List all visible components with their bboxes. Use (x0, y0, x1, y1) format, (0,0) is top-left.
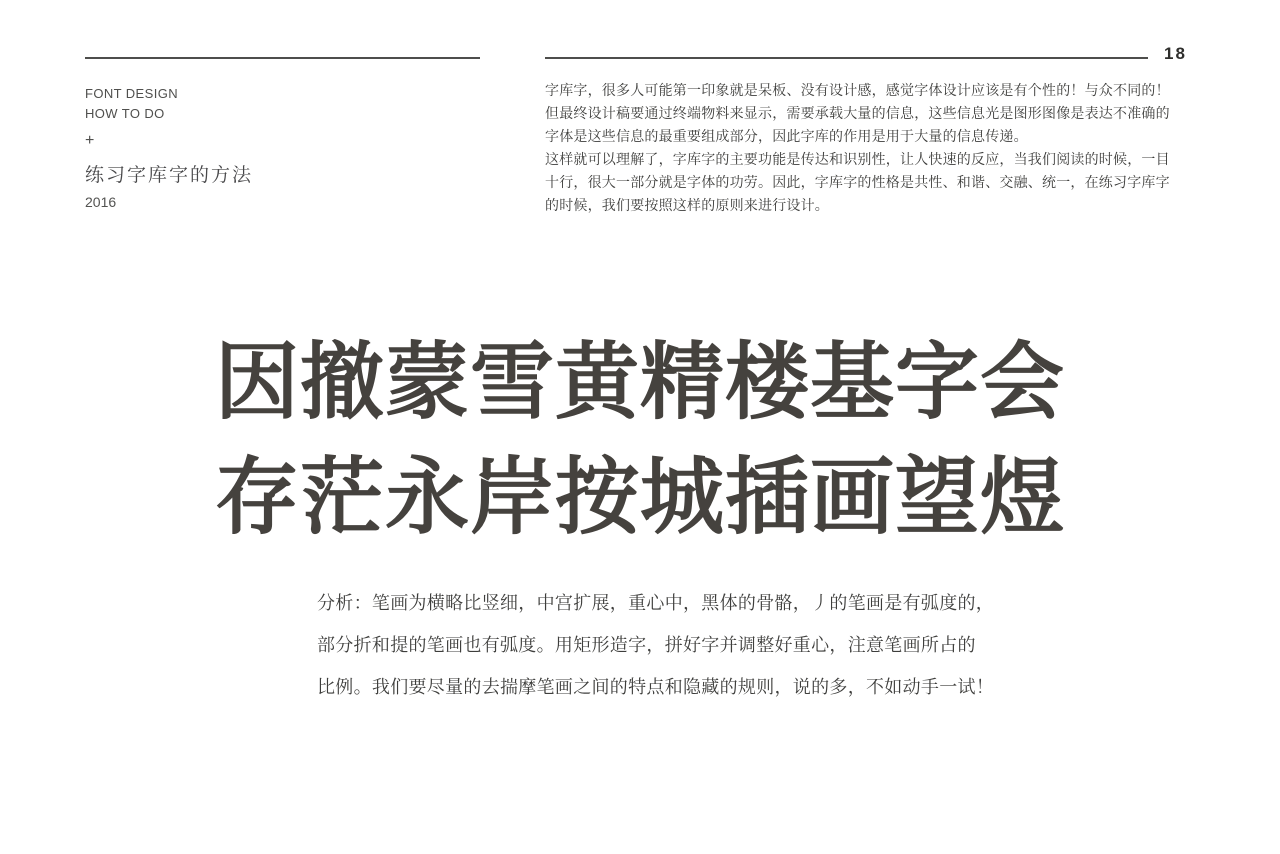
header-title-cn: 练习字库字的方法 (85, 160, 253, 187)
page-number: 18 (1164, 44, 1187, 64)
header-year: 2016 (85, 194, 253, 210)
header-rule-left (85, 57, 480, 59)
intro-line: 十行，很大一部分就是字体的功劳。因此，字库字的性格是共性、和谐、交融、统一，在练… (545, 171, 1165, 194)
intro-line: 这样就可以理解了，字库字的主要功能是传达和识别性，让人快速的反应，当我们阅读的时… (545, 148, 1165, 171)
intro-line: 字体是这些信息的最重要组成部分，因此字库的作用是用于大量的信息传递。 (545, 125, 1165, 148)
header-en-line1: FONT DESIGN (85, 84, 253, 104)
analysis-line: 部分折和提的笔画也有弧度。用矩形造字，拼好字并调整好重心，注意笔画所占的 (317, 624, 1017, 666)
header-left-block: FONT DESIGN HOW TO DO + 练习字库字的方法 2016 (85, 84, 253, 210)
intro-line: 但最终设计稿要通过终端物料来显示，需要承载大量的信息，这些信息光是图形图像是表达… (545, 102, 1165, 125)
intro-line: 的时候，我们要按照这样的原则来进行设计。 (545, 194, 1165, 217)
plus-mark: + (85, 132, 253, 150)
specimen-characters-line1: 因撤蒙雪黄精楼基字会 (0, 336, 1280, 428)
analysis-paragraph: 分析：笔画为横略比竖细，中宫扩展，重心中，黑体的骨骼，丿的笔画是有弧度的， 部分… (317, 582, 1017, 708)
intro-paragraph: 字库字，很多人可能第一印象就是呆板、没有设计感，感觉字体设计应该是有个性的！与众… (545, 79, 1165, 217)
intro-line: 字库字，很多人可能第一印象就是呆板、没有设计感，感觉字体设计应该是有个性的！与众… (545, 79, 1165, 102)
design-sheet-page: 18 FONT DESIGN HOW TO DO + 练习字库字的方法 2016… (0, 0, 1280, 854)
header-en-line2: HOW TO DO (85, 104, 253, 124)
analysis-line: 比例。我们要尽量的去揣摩笔画之间的特点和隐藏的规则，说的多，不如动手一试！ (317, 666, 1017, 708)
header-rule-right (545, 57, 1148, 59)
specimen-characters-line2: 存茫永岸按城插画望煜 (0, 451, 1280, 543)
analysis-line: 分析：笔画为横略比竖细，中宫扩展，重心中，黑体的骨骼，丿的笔画是有弧度的， (317, 582, 1017, 624)
